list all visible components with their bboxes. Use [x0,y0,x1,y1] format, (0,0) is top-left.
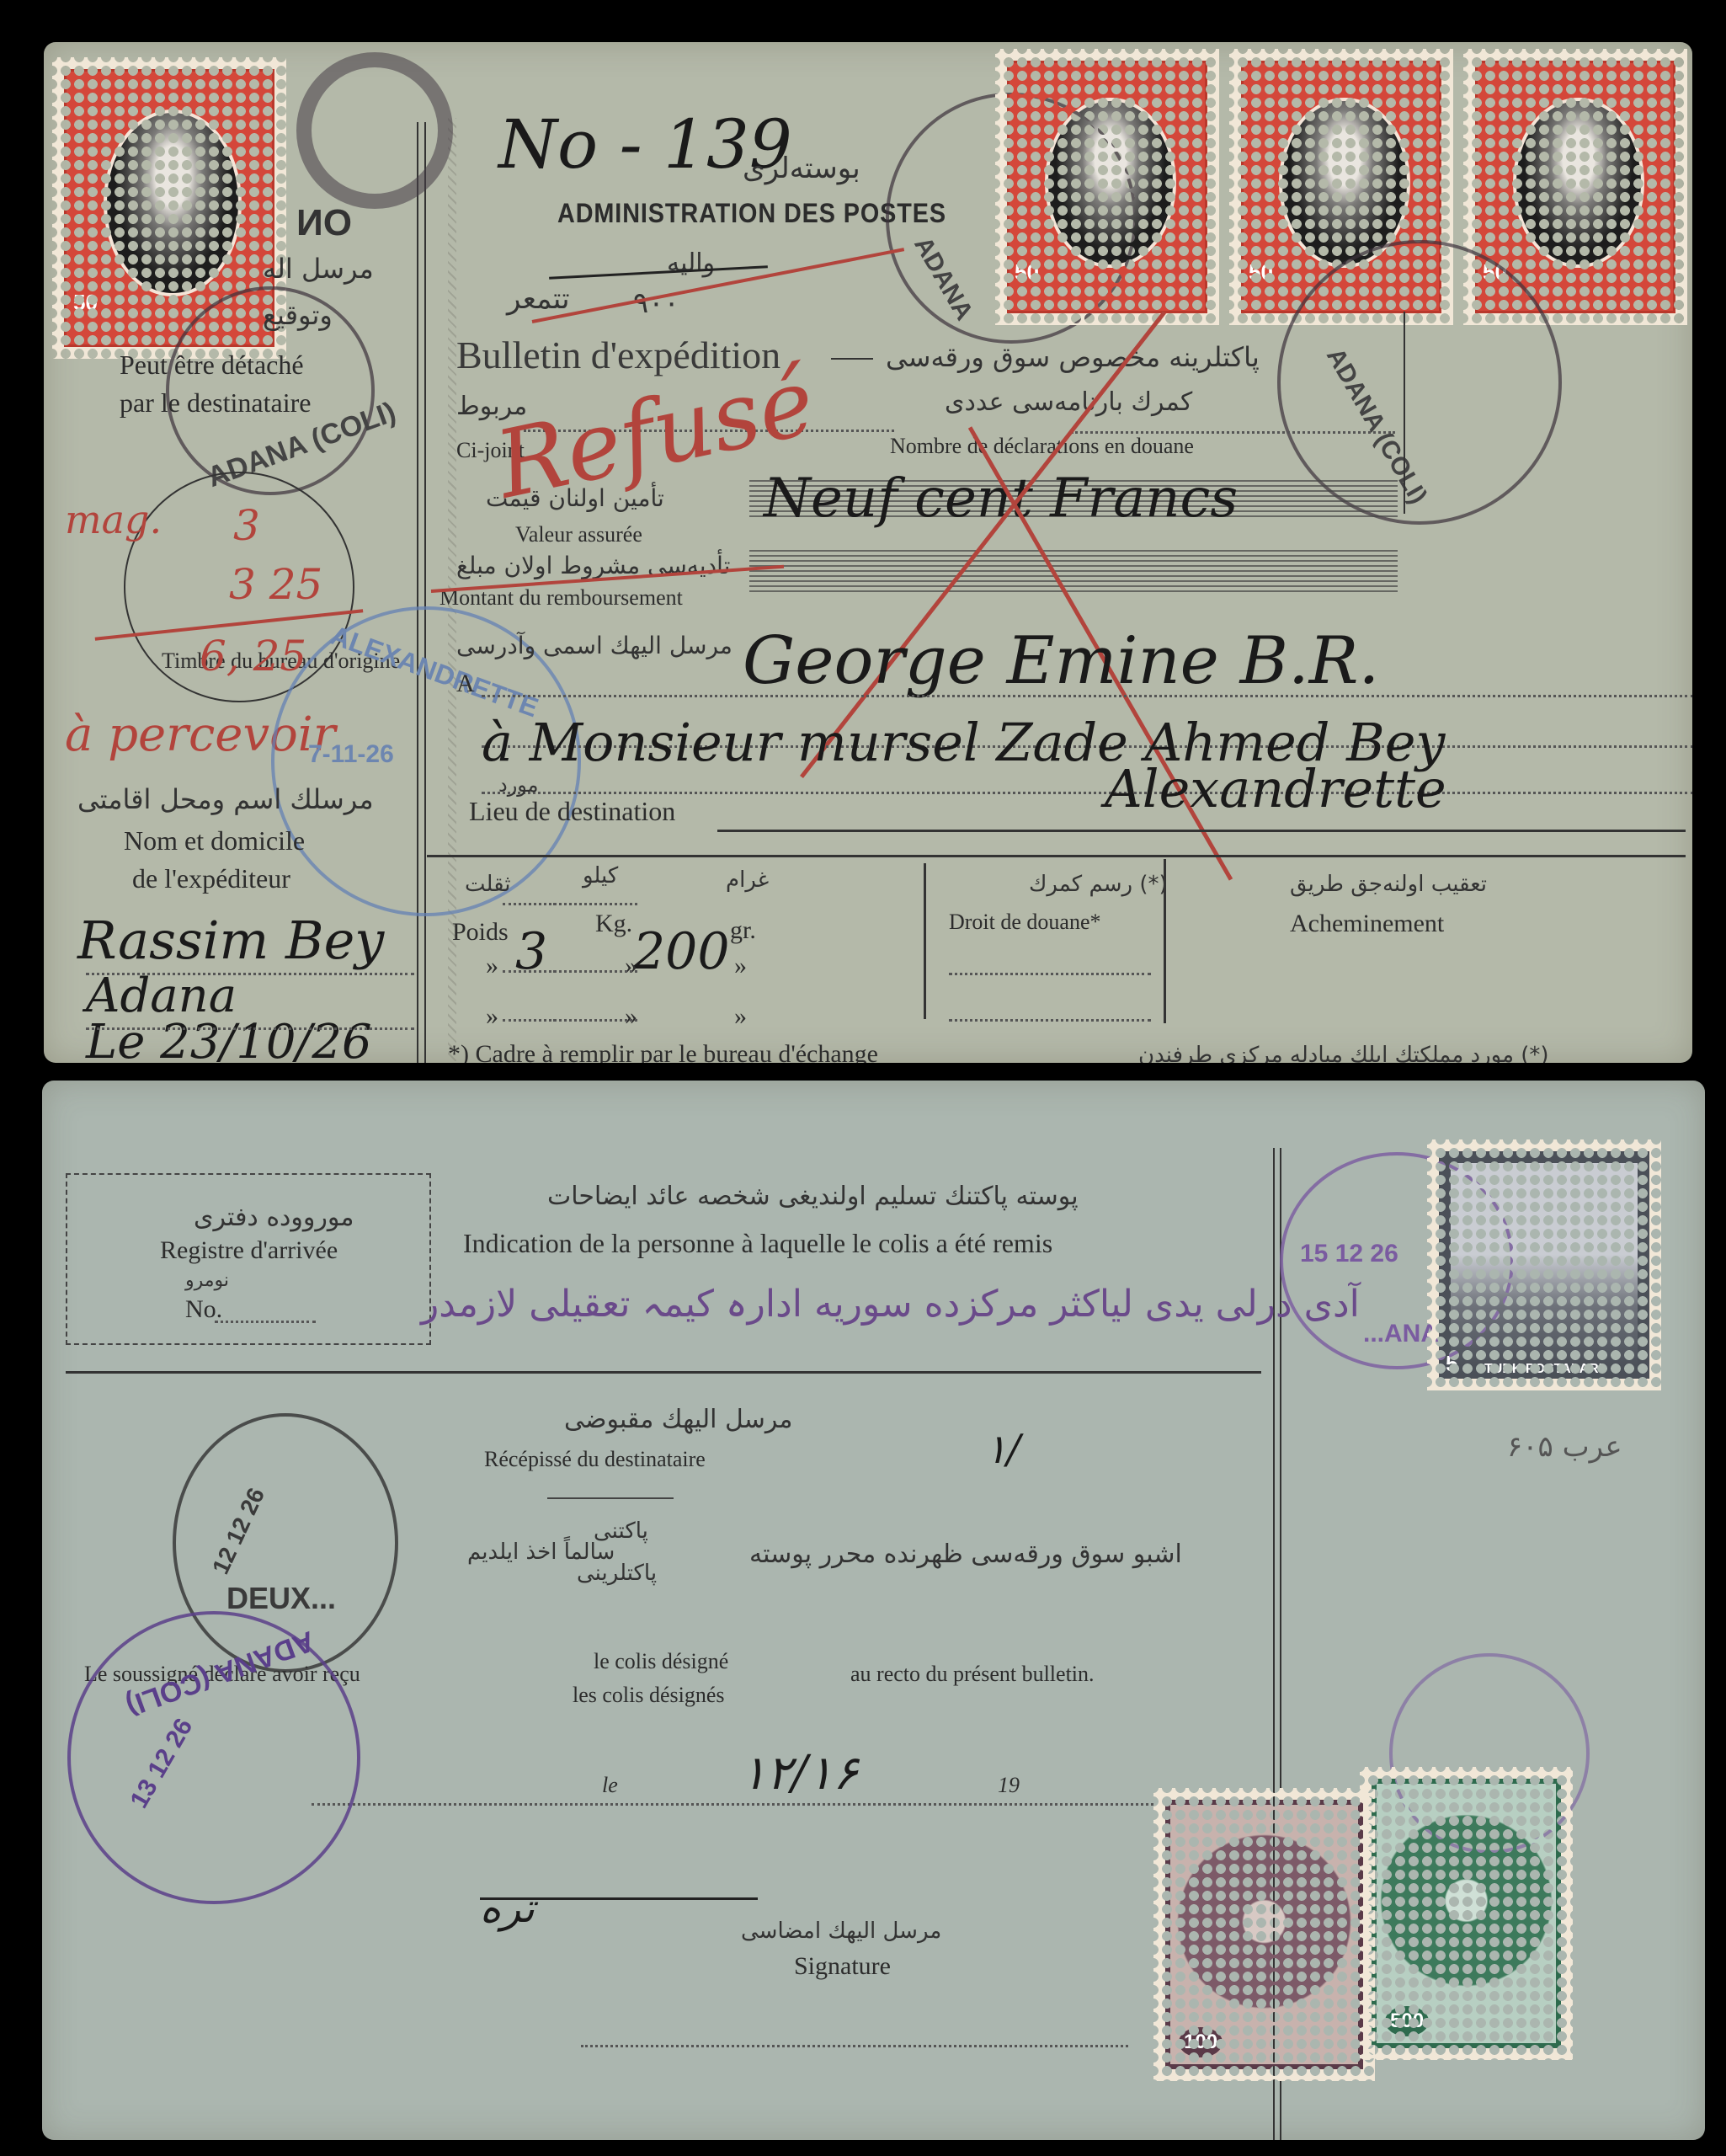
arabic-handwritten: تتمعر [507,282,570,316]
stamp-5-grouch-ankara: 5 TURK POSTALARI [1427,1139,1661,1390]
mirrored-stamp-text: ON [296,202,352,244]
signature-scribble: ﺗﺮﻩ [480,1885,535,1932]
footnote: *) Cadre à remplir par le bureau d'échan… [448,1040,878,1063]
column-divider [424,122,426,1063]
indication-label: Indication de la personne à laquelle le … [463,1228,1052,1259]
portrait-icon [1045,98,1176,268]
kg-label: Kg. [595,910,632,938]
column-divider [417,122,418,1063]
arabic-handwritten: بوسته‌لری [743,152,860,185]
fee-line: 3 [233,501,260,550]
portrait-icon [1513,98,1644,268]
date-year-prefix: 19 [998,1773,1020,1798]
destination-value: Alexandrette [1105,758,1446,819]
footnote-arabic: (*) مورد مملکتك ایلك مبادله مرکزی طرفندن [1138,1043,1549,1063]
stamp-500-piastres: 500 [1360,1767,1573,2060]
sender-date: Le 23/10/26 [86,1015,372,1063]
gr-label: gr. [730,916,756,945]
fee-prefix: mag. [65,497,162,542]
arabic-label: مرسلك اسم ومحل اقامتی [77,783,374,815]
value-arabic: ۹۰۰ [633,286,679,320]
sender-name: Rassim Bey [77,910,384,971]
registry-label: Registre d'arrivée [160,1236,338,1265]
date-le-label: le [602,1773,618,1798]
arabic-handwritten: والیه [667,248,715,278]
arabic-label: مرسل الیهك امضاسی [741,1919,941,1944]
stamp-denomination: 50 [73,290,98,316]
fee-line: 3 25 [229,560,322,609]
declaration-label: au recto du présent bulletin. [850,1662,1095,1687]
arabic-label: اشبو سوق ورقه‌سی ظهرنده محرر پوسته [749,1540,1182,1569]
arabic-label: ثقلت [465,872,511,897]
registry-no-label: No. [185,1295,222,1324]
portrait-icon [104,109,242,296]
postmark-seal [296,52,453,209]
recipient-indication-handwritten: آدی درلی یدی لیاکثر مرکزده سوریه ادارہ ک… [421,1283,1360,1326]
customs-label: Droit de douane* [949,910,1101,935]
recipient-prefix: A [456,670,475,698]
stamp-100-piastre: 100 [1153,1788,1375,2081]
weight-gr-value: 200 [633,922,730,981]
recipient-name: George Emine B.R. [743,623,1379,699]
value-label: Valeur assurée [515,522,642,547]
arabic-label: پوسته پاکتنك تسلیم اولندیغی شخصه عائد ای… [547,1182,1079,1211]
back-card: مورووده دفتری Registre d'arrivée نومرو N… [42,1081,1705,2140]
fee-total: 6, 25 [200,632,306,680]
routing-label: Acheminement [1290,910,1444,938]
arabic-label: کمرك بارنامه‌سی عددی [945,387,1192,417]
arabic-label: مرسل الیهك اسمی وآدرسی [456,632,732,659]
margin-note: عرب ۶۰۵ [1507,1430,1622,1464]
form-title-arabic: پاکتلرینه مخصوص سوق ورقه‌سی [886,341,1260,373]
arabic-label: غرام [726,867,769,893]
sender-label: de l'expéditeur [132,863,290,894]
receipt-label: Récépissé du destinataire [484,1447,706,1472]
stamp-50-grouch: 50 [995,49,1219,325]
sender-label: Nom et domicile [124,825,305,857]
detach-label: par le destinataire [120,387,311,419]
arabic-label: کیلو [583,863,618,889]
arabic-label: (*) رسم کمرك [1029,872,1168,897]
arabic-label: تأدیه‌سی مشروط اولان مبلغ [456,552,730,579]
arabic-label: مرسل اله [263,253,374,285]
declaration-choice: le colis désigné [594,1649,728,1674]
weight-label: Poids [452,918,509,947]
front-card: 50 ON مرسل اله وتوقیع ADANA (COLI) Peut … [44,42,1692,1063]
declaration-choice: les colis désignés [573,1683,725,1708]
arabic-label: مرسل الیهك مقبوضی [564,1405,792,1434]
receipt-mark: ۱/ [985,1426,1020,1473]
arabic-label: تعقیب اولنه‌جق طریق [1290,872,1487,897]
destination-label: Lieu de destination [469,796,675,827]
arabic-label: مورووده دفتری [194,1203,354,1232]
date-handwritten: ۱۲/۱۶ [741,1746,858,1801]
arabic-label: مورد [498,773,539,797]
postmark-adana-coli: ADANA (COLI) 13 12 26 [67,1611,360,1904]
declarations-label: Nombre de déclarations en douane [890,434,1194,459]
detach-label: Peut être détaché [120,350,304,381]
refund-field-hatched [749,550,1398,594]
signature-label: Signature [794,1952,891,1981]
cancel-x-mark [800,311,1166,778]
